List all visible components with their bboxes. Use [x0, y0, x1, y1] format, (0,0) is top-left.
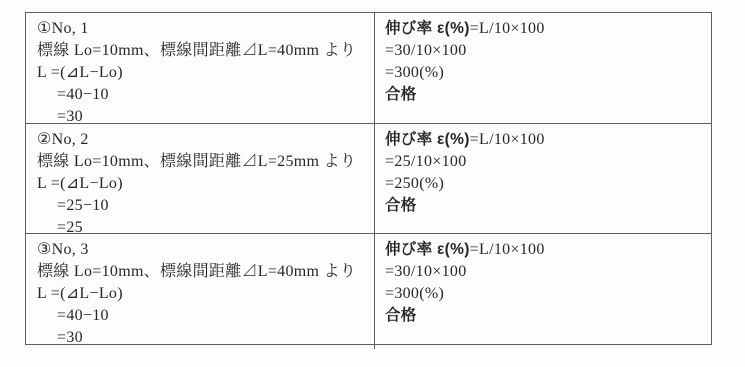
cell-gauge-calc-2: ②No, 2 標線 Lo=10mm、標線間距離⊿L=25mm より L =(⊿L…: [26, 124, 374, 233]
scanned-document-page: ①No, 1 標線 Lo=10mm、標線間距離⊿L=40mm より L =(⊿L…: [0, 0, 745, 367]
elongation-formula-line: 伸び率 ε(%)=L/10×100: [385, 129, 703, 151]
calculation-table: ①No, 1 標線 Lo=10mm、標線間距離⊿L=40mm より L =(⊿L…: [25, 12, 712, 345]
elongation-formula-line: 伸び率 ε(%)=L/10×100: [385, 18, 703, 40]
formula-l: L =(⊿L−Lo): [37, 62, 366, 84]
calc-step: =40−10: [37, 84, 366, 106]
specimen-number: ③No, 3: [37, 239, 366, 261]
pass-judgement: 合格: [385, 195, 703, 217]
elongation-formula: =L/10×100: [470, 131, 545, 148]
table-row-specimen-2: ②No, 2 標線 Lo=10mm、標線間距離⊿L=25mm より L =(⊿L…: [26, 123, 711, 233]
cell-elongation-calc-2: 伸び率 ε(%)=L/10×100 =25/10×100 =250(%) 合格: [374, 124, 711, 233]
elongation-step: =30/10×100: [385, 40, 703, 62]
elongation-step: =25/10×100: [385, 151, 703, 173]
elongation-result: =300(%): [385, 283, 703, 305]
elongation-result: =300(%): [385, 62, 703, 84]
calc-result: =25: [37, 217, 366, 233]
elongation-formula: =L/10×100: [470, 20, 545, 37]
cell-elongation-calc-3: 伸び率 ε(%)=L/10×100 =30/10×100 =300(%) 合格: [374, 234, 711, 349]
cell-gauge-calc-1: ①No, 1 標線 Lo=10mm、標線間距離⊿L=40mm より L =(⊿L…: [26, 13, 374, 123]
elongation-formula-line: 伸び率 ε(%)=L/10×100: [385, 239, 703, 261]
gauge-length-given: 標線 Lo=10mm、標線間距離⊿L=25mm より: [37, 151, 366, 173]
calc-result: =30: [37, 327, 366, 349]
calc-result: =30: [37, 106, 366, 123]
cell-elongation-calc-1: 伸び率 ε(%)=L/10×100 =30/10×100 =300(%) 合格: [374, 13, 711, 123]
elongation-label: 伸び率 ε(%): [385, 241, 470, 258]
specimen-number: ①No, 1: [37, 18, 366, 40]
cell-gauge-calc-3: ③No, 3 標線 Lo=10mm、標線間距離⊿L=40mm より L =(⊿L…: [26, 234, 374, 349]
pass-judgement: 合格: [385, 84, 703, 106]
pass-judgement: 合格: [385, 305, 703, 327]
elongation-formula: =L/10×100: [470, 241, 545, 258]
gauge-length-given: 標線 Lo=10mm、標線間距離⊿L=40mm より: [37, 261, 366, 283]
calc-step: =40−10: [37, 305, 366, 327]
elongation-label: 伸び率 ε(%): [385, 131, 470, 148]
formula-l: L =(⊿L−Lo): [37, 283, 366, 305]
formula-l: L =(⊿L−Lo): [37, 173, 366, 195]
specimen-number: ②No, 2: [37, 129, 366, 151]
elongation-step: =30/10×100: [385, 261, 703, 283]
table-row-specimen-3: ③No, 3 標線 Lo=10mm、標線間距離⊿L=40mm より L =(⊿L…: [26, 233, 711, 349]
gauge-length-given: 標線 Lo=10mm、標線間距離⊿L=40mm より: [37, 40, 366, 62]
elongation-result: =250(%): [385, 173, 703, 195]
elongation-label: 伸び率 ε(%): [385, 20, 470, 37]
table-row-specimen-1: ①No, 1 標線 Lo=10mm、標線間距離⊿L=40mm より L =(⊿L…: [26, 13, 711, 123]
calc-step: =25−10: [37, 195, 366, 217]
